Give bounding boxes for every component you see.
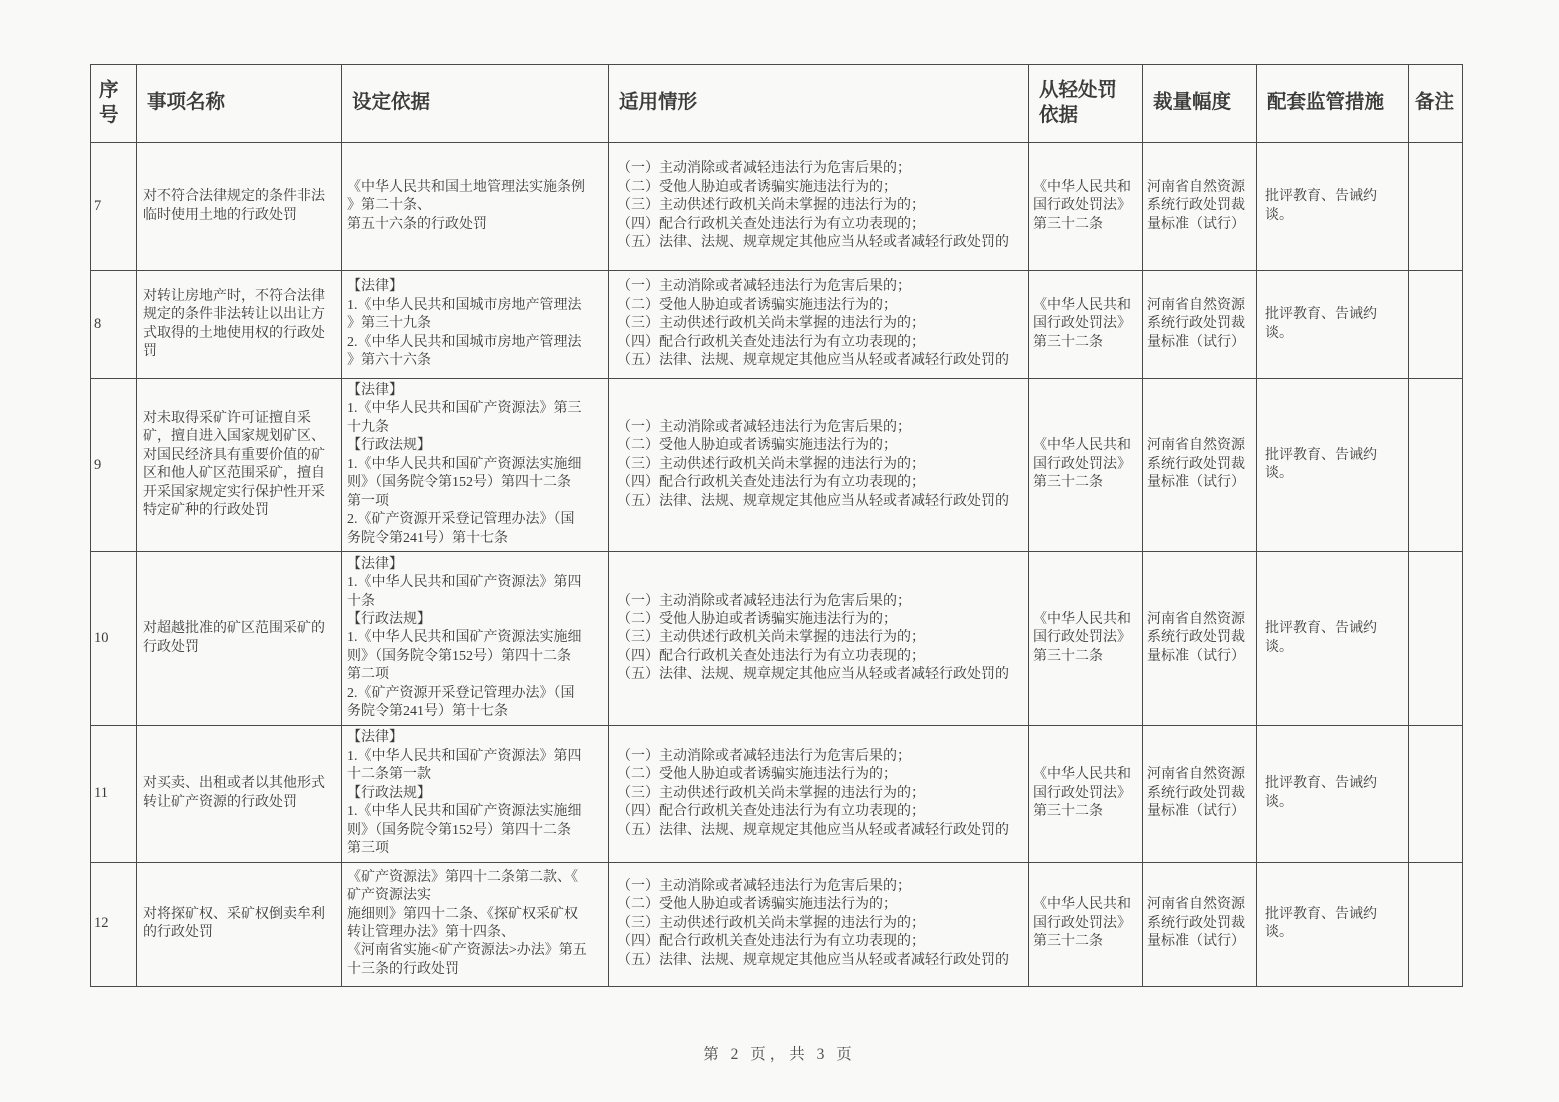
table-row: 9 对未取得采矿许可证擅自采矿，擅自进入国家规划矿区、对国民经济具有重要价值的矿…: [91, 379, 1463, 552]
table-row: 12 对将探矿权、采矿权倒卖牟利的行政处罚 《矿产资源法》第四十二条第二款、《 …: [91, 862, 1463, 986]
table-row: 7 对不符合法律规定的条件非法临时使用土地的行政处罚 《中华人民共和国土地管理法…: [91, 143, 1463, 271]
discretion-cell: 河南省自然资源系统行政处罚裁量标准（试行）: [1143, 143, 1257, 271]
basis-cell: 【法律】 1.《中华人民共和国矿产资源法》第四 十条 【行政法规】 1.《中华人…: [342, 552, 609, 726]
table-row: 8 对转让房地产时，不符合法律规定的条件非法转让以出让方式取得的土地使用权的行政…: [91, 271, 1463, 379]
lighter-basis-cell: 《中华人民共和国行政处罚法》第三十二条: [1029, 552, 1143, 726]
col-header-item-name: 事项名称: [137, 65, 342, 143]
situations-cell: （一）主动消除或者减轻违法行为危害后果的； （二）受他人胁迫或者诱骗实施违法行为…: [609, 143, 1029, 271]
serial-cell: 10: [91, 552, 137, 726]
page-footer: 第 2 页，共 3 页: [0, 1042, 1559, 1064]
lighter-basis-cell: 《中华人民共和国行政处罚法》第三十二条: [1029, 862, 1143, 986]
supervision-cell: 批评教育、告诫约谈。: [1257, 862, 1409, 986]
remark-cell: [1409, 271, 1463, 379]
col-header-serial: 序号: [91, 65, 137, 143]
item-name-cell: 对转让房地产时，不符合法律规定的条件非法转让以出让方式取得的土地使用权的行政处罚: [137, 271, 342, 379]
serial-cell: 12: [91, 862, 137, 986]
discretion-cell: 河南省自然资源系统行政处罚裁量标准（试行）: [1143, 726, 1257, 862]
item-name-cell: 对不符合法律规定的条件非法临时使用土地的行政处罚: [137, 143, 342, 271]
col-header-supervision: 配套监管措施: [1257, 65, 1409, 143]
remark-cell: [1409, 552, 1463, 726]
basis-cell: 【法律】 1.《中华人民共和国城市房地产管理法 》第三十九条 2.《中华人民共和…: [342, 271, 609, 379]
basis-cell: 【法律】 1.《中华人民共和国矿产资源法》第三 十九条 【行政法规】 1.《中华…: [342, 379, 609, 552]
penalty-discretion-table: 序号 事项名称 设定依据 适用情形 从轻处罚依据 裁量幅度 配套监管措施 备注 …: [90, 64, 1463, 987]
serial-cell: 9: [91, 379, 137, 552]
item-name-cell: 对买卖、出租或者以其他形式转让矿产资源的行政处罚: [137, 726, 342, 862]
discretion-cell: 河南省自然资源系统行政处罚裁量标准（试行）: [1143, 379, 1257, 552]
situations-cell: （一）主动消除或者减轻违法行为危害后果的； （二）受他人胁迫或者诱骗实施违法行为…: [609, 552, 1029, 726]
supervision-cell: 批评教育、告诫约谈。: [1257, 552, 1409, 726]
col-header-lighter-basis: 从轻处罚依据: [1029, 65, 1143, 143]
situations-cell: （一）主动消除或者减轻违法行为危害后果的； （二）受他人胁迫或者诱骗实施违法行为…: [609, 271, 1029, 379]
item-name-cell: 对未取得采矿许可证擅自采矿，擅自进入国家规划矿区、对国民经济具有重要价值的矿区和…: [137, 379, 342, 552]
basis-cell: 【法律】 1.《中华人民共和国矿产资源法》第四 十二条第一款 【行政法规】 1.…: [342, 726, 609, 862]
col-header-basis: 设定依据: [342, 65, 609, 143]
col-header-situations: 适用情形: [609, 65, 1029, 143]
serial-cell: 8: [91, 271, 137, 379]
situations-cell: （一）主动消除或者减轻违法行为危害后果的； （二）受他人胁迫或者诱骗实施违法行为…: [609, 862, 1029, 986]
supervision-cell: 批评教育、告诫约谈。: [1257, 271, 1409, 379]
remark-cell: [1409, 726, 1463, 862]
scanned-document-page: 序号 事项名称 设定依据 适用情形 从轻处罚依据 裁量幅度 配套监管措施 备注 …: [0, 0, 1559, 1102]
discretion-cell: 河南省自然资源系统行政处罚裁量标准（试行）: [1143, 271, 1257, 379]
lighter-basis-cell: 《中华人民共和国行政处罚法》第三十二条: [1029, 143, 1143, 271]
remark-cell: [1409, 143, 1463, 271]
basis-cell: 《中华人民共和国土地管理法实施条例 》第二十条、 第五十六条的行政处罚: [342, 143, 609, 271]
remark-cell: [1409, 862, 1463, 986]
situations-cell: （一）主动消除或者减轻违法行为危害后果的； （二）受他人胁迫或者诱骗实施违法行为…: [609, 379, 1029, 552]
supervision-cell: 批评教育、告诫约谈。: [1257, 143, 1409, 271]
table-row: 11 对买卖、出租或者以其他形式转让矿产资源的行政处罚 【法律】 1.《中华人民…: [91, 726, 1463, 862]
basis-cell: 《矿产资源法》第四十二条第二款、《 矿产资源法实 施细则》第四十二条、《探矿权采…: [342, 862, 609, 986]
col-header-discretion: 裁量幅度: [1143, 65, 1257, 143]
remark-cell: [1409, 379, 1463, 552]
lighter-basis-cell: 《中华人民共和国行政处罚法》第三十二条: [1029, 726, 1143, 862]
serial-cell: 11: [91, 726, 137, 862]
supervision-cell: 批评教育、告诫约谈。: [1257, 379, 1409, 552]
col-header-remark: 备注: [1409, 65, 1463, 143]
table-row: 10 对超越批准的矿区范围采矿的行政处罚 【法律】 1.《中华人民共和国矿产资源…: [91, 552, 1463, 726]
serial-cell: 7: [91, 143, 137, 271]
discretion-cell: 河南省自然资源系统行政处罚裁量标准（试行）: [1143, 552, 1257, 726]
item-name-cell: 对将探矿权、采矿权倒卖牟利的行政处罚: [137, 862, 342, 986]
lighter-basis-cell: 《中华人民共和国行政处罚法》第三十二条: [1029, 379, 1143, 552]
supervision-cell: 批评教育、告诫约谈。: [1257, 726, 1409, 862]
situations-cell: （一）主动消除或者减轻违法行为危害后果的； （二）受他人胁迫或者诱骗实施违法行为…: [609, 726, 1029, 862]
lighter-basis-cell: 《中华人民共和国行政处罚法》第三十二条: [1029, 271, 1143, 379]
header-row: 序号 事项名称 设定依据 适用情形 从轻处罚依据 裁量幅度 配套监管措施 备注: [91, 65, 1463, 143]
discretion-cell: 河南省自然资源系统行政处罚裁量标准（试行）: [1143, 862, 1257, 986]
item-name-cell: 对超越批准的矿区范围采矿的行政处罚: [137, 552, 342, 726]
